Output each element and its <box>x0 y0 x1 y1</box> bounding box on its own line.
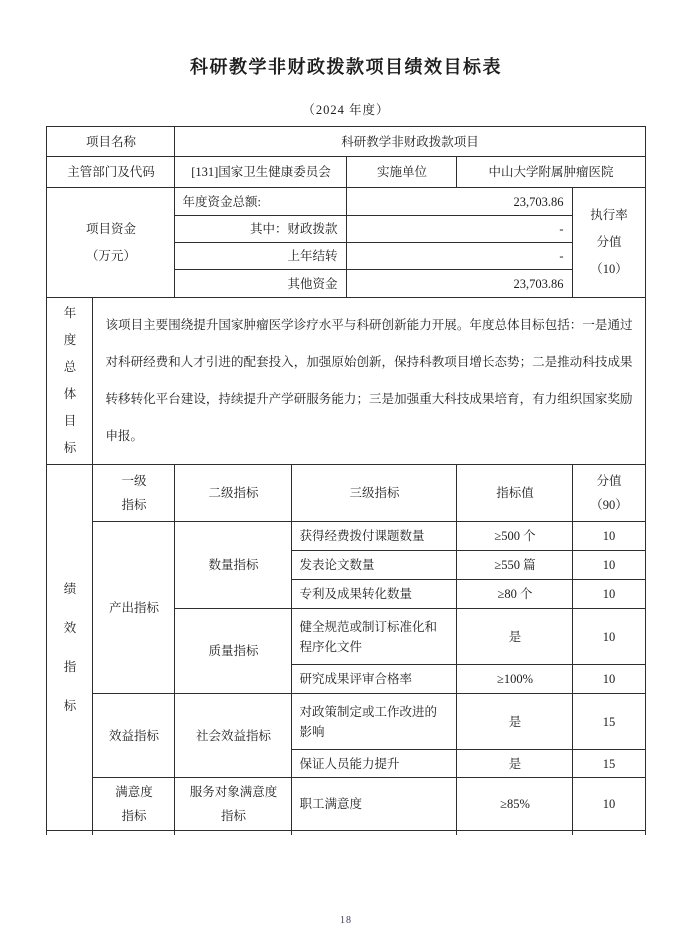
header-target: 指标值 <box>457 465 573 522</box>
execution-rate-line3: （10） <box>577 256 640 283</box>
indicator-target: ≥550 篇 <box>457 551 573 580</box>
indicator-score: 10 <box>573 665 645 694</box>
funding-carryover-value: - <box>347 243 573 270</box>
indicator-target: ≥85% <box>457 778 573 831</box>
indicator-row: 效益指标 社会效益指标 对政策制定或工作改进的影响 是 15 <box>47 694 645 750</box>
funding-carryover-label: 上年结转 <box>175 243 347 270</box>
indicator-score: 10 <box>573 522 645 551</box>
indicator-score: 15 <box>573 750 645 778</box>
execution-rate-line1: 执行率 <box>577 202 640 229</box>
annual-goal-label: 年度总体目标 <box>47 298 93 465</box>
indicator-score: 10 <box>573 551 645 580</box>
project-name-label: 项目名称 <box>47 127 175 157</box>
project-name-value: 科研教学非财政拨款项目 <box>175 127 645 157</box>
indicator-target: ≥100% <box>457 665 573 694</box>
indicator-name: 保证人员能力提升 <box>292 750 457 778</box>
level1-benefit: 效益指标 <box>93 694 175 778</box>
level2-service: 服务对象满意度 指标 <box>175 778 292 831</box>
funding-other-label: 其他资金 <box>175 270 347 298</box>
indicator-score: 10 <box>573 778 645 831</box>
header-score: 分值 （90） <box>573 465 645 522</box>
perf-indicator-label: 绩效指标 <box>47 465 93 831</box>
indicator-score: 10 <box>573 580 645 609</box>
header-level2: 二级指标 <box>175 465 292 522</box>
indicator-target: 是 <box>457 609 573 665</box>
indicator-score: 10 <box>573 609 645 665</box>
level1-output: 产出指标 <box>93 522 175 694</box>
indicator-target: ≥80 个 <box>457 580 573 609</box>
level2-quantity: 数量指标 <box>175 522 292 609</box>
funding-total-label: 年度资金总额: <box>175 188 347 216</box>
indicator-name: 健全规范或制订标准化和程序化文件 <box>292 609 457 665</box>
level1-satisfaction: 满意度 指标 <box>93 778 175 831</box>
level2-social: 社会效益指标 <box>175 694 292 778</box>
funding-label: 项目资金 （万元） <box>47 188 175 298</box>
indicator-name: 专利及成果转化数量 <box>292 580 457 609</box>
impl-unit-label: 实施单位 <box>347 157 457 188</box>
indicator-score: 15 <box>573 694 645 750</box>
funding-other-value: 23,703.86 <box>347 270 573 298</box>
indicator-name: 对政策制定或工作改进的影响 <box>292 694 457 750</box>
document-subtitle: （2024 年度） <box>0 100 692 118</box>
header-level1: 一级 指标 <box>93 465 175 522</box>
header-level3: 三级指标 <box>292 465 457 522</box>
execution-rate-score: 执行率 分值 （10） <box>573 188 645 298</box>
funding-total-value: 23,703.86 <box>347 188 573 216</box>
document-page: 科研教学非财政拨款项目绩效目标表 （2024 年度） 项目名称 科研教学非财政拨… <box>0 0 692 947</box>
table-pagebreak-stub <box>47 831 645 836</box>
indicator-target: 是 <box>457 750 573 778</box>
funding-fiscal-label: 其中：财政拨款 <box>175 216 347 243</box>
execution-rate-line2: 分值 <box>577 229 640 256</box>
indicator-name: 获得经费拨付课题数量 <box>292 522 457 551</box>
funding-fiscal-value: - <box>347 216 573 243</box>
funding-label-line2: （万元） <box>51 243 170 270</box>
document-title: 科研教学非财政拨款项目绩效目标表 <box>0 0 692 79</box>
performance-target-table: 项目名称 科研教学非财政拨款项目 主管部门及代码 [131]国家卫生健康委员会 … <box>46 126 645 835</box>
annual-goal-text: 该项目主要围绕提升国家肿瘤医学诊疗水平与科研创新能力开展。年度总体目标包括：一是… <box>93 298 645 465</box>
indicator-row: 满意度 指标 服务对象满意度 指标 职工满意度 ≥85% 10 <box>47 778 645 831</box>
indicator-name: 职工满意度 <box>292 778 457 831</box>
indicator-target: ≥500 个 <box>457 522 573 551</box>
indicator-name: 研究成果评审合格率 <box>292 665 457 694</box>
indicator-name: 发表论文数量 <box>292 551 457 580</box>
impl-unit-value: 中山大学附属肿瘤医院 <box>457 157 645 188</box>
indicator-target: 是 <box>457 694 573 750</box>
dept-label: 主管部门及代码 <box>47 157 175 188</box>
dept-value: [131]国家卫生健康委员会 <box>175 157 347 188</box>
indicator-row: 产出指标 数量指标 获得经费拨付课题数量 ≥500 个 10 <box>47 522 645 551</box>
level2-quality: 质量指标 <box>175 609 292 694</box>
page-number: 18 <box>0 915 692 926</box>
funding-label-line1: 项目资金 <box>51 216 170 243</box>
